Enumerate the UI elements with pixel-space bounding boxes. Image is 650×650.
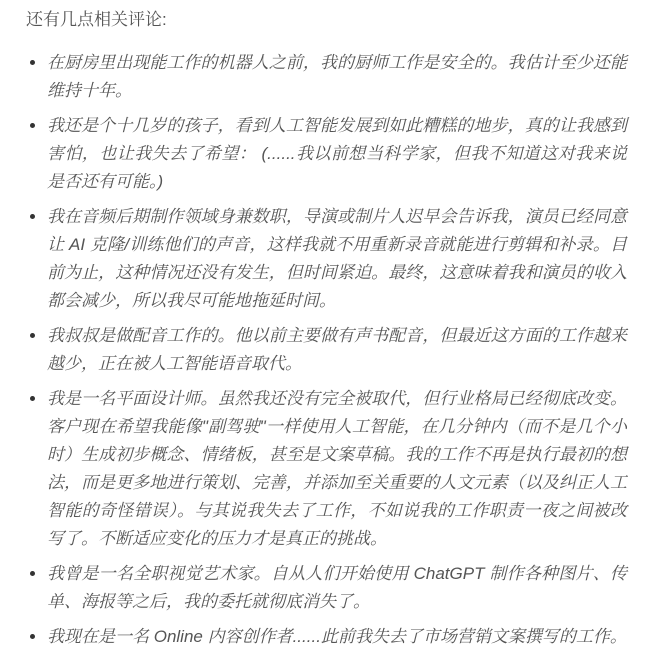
comment-item-online-creator: 我现在是一名 Online 内容创作者......此前我失去了市场营销文案撰写的… [47, 623, 627, 650]
comment-item-graphic-designer: 我是一名平面设计师。虽然我还没有完全被取代，但行业格局已经彻底改变。客户现在希望… [47, 385, 627, 553]
comment-item-visual-artist: 我曾是一名全职视觉艺术家。自从人们开始使用 ChatGPT 制作各种图片、传单、… [47, 560, 627, 616]
intro-text: 还有几点相关评论: [26, 6, 627, 34]
comment-item-audio-post-production: 我在音频后期制作领域身兼数职，导演或制片人迟早会告诉我，演员已经同意让 AI 克… [47, 203, 627, 315]
comment-item-uncle-voice-actor: 我叔叔是做配音工作的。他以前主要做有声书配音，但最近这方面的工作越来越少，正在被… [47, 322, 627, 378]
comment-item-chef: 在厨房里出现能工作的机器人之前，我的厨师工作是安全的。我估计至少还能维持十年。 [47, 49, 627, 105]
comment-item-teenager: 我还是个十几岁的孩子，看到人工智能发展到如此糟糕的地步，真的让我感到害怕，也让我… [47, 112, 627, 196]
comments-list: 在厨房里出现能工作的机器人之前，我的厨师工作是安全的。我估计至少还能维持十年。 … [26, 49, 627, 650]
